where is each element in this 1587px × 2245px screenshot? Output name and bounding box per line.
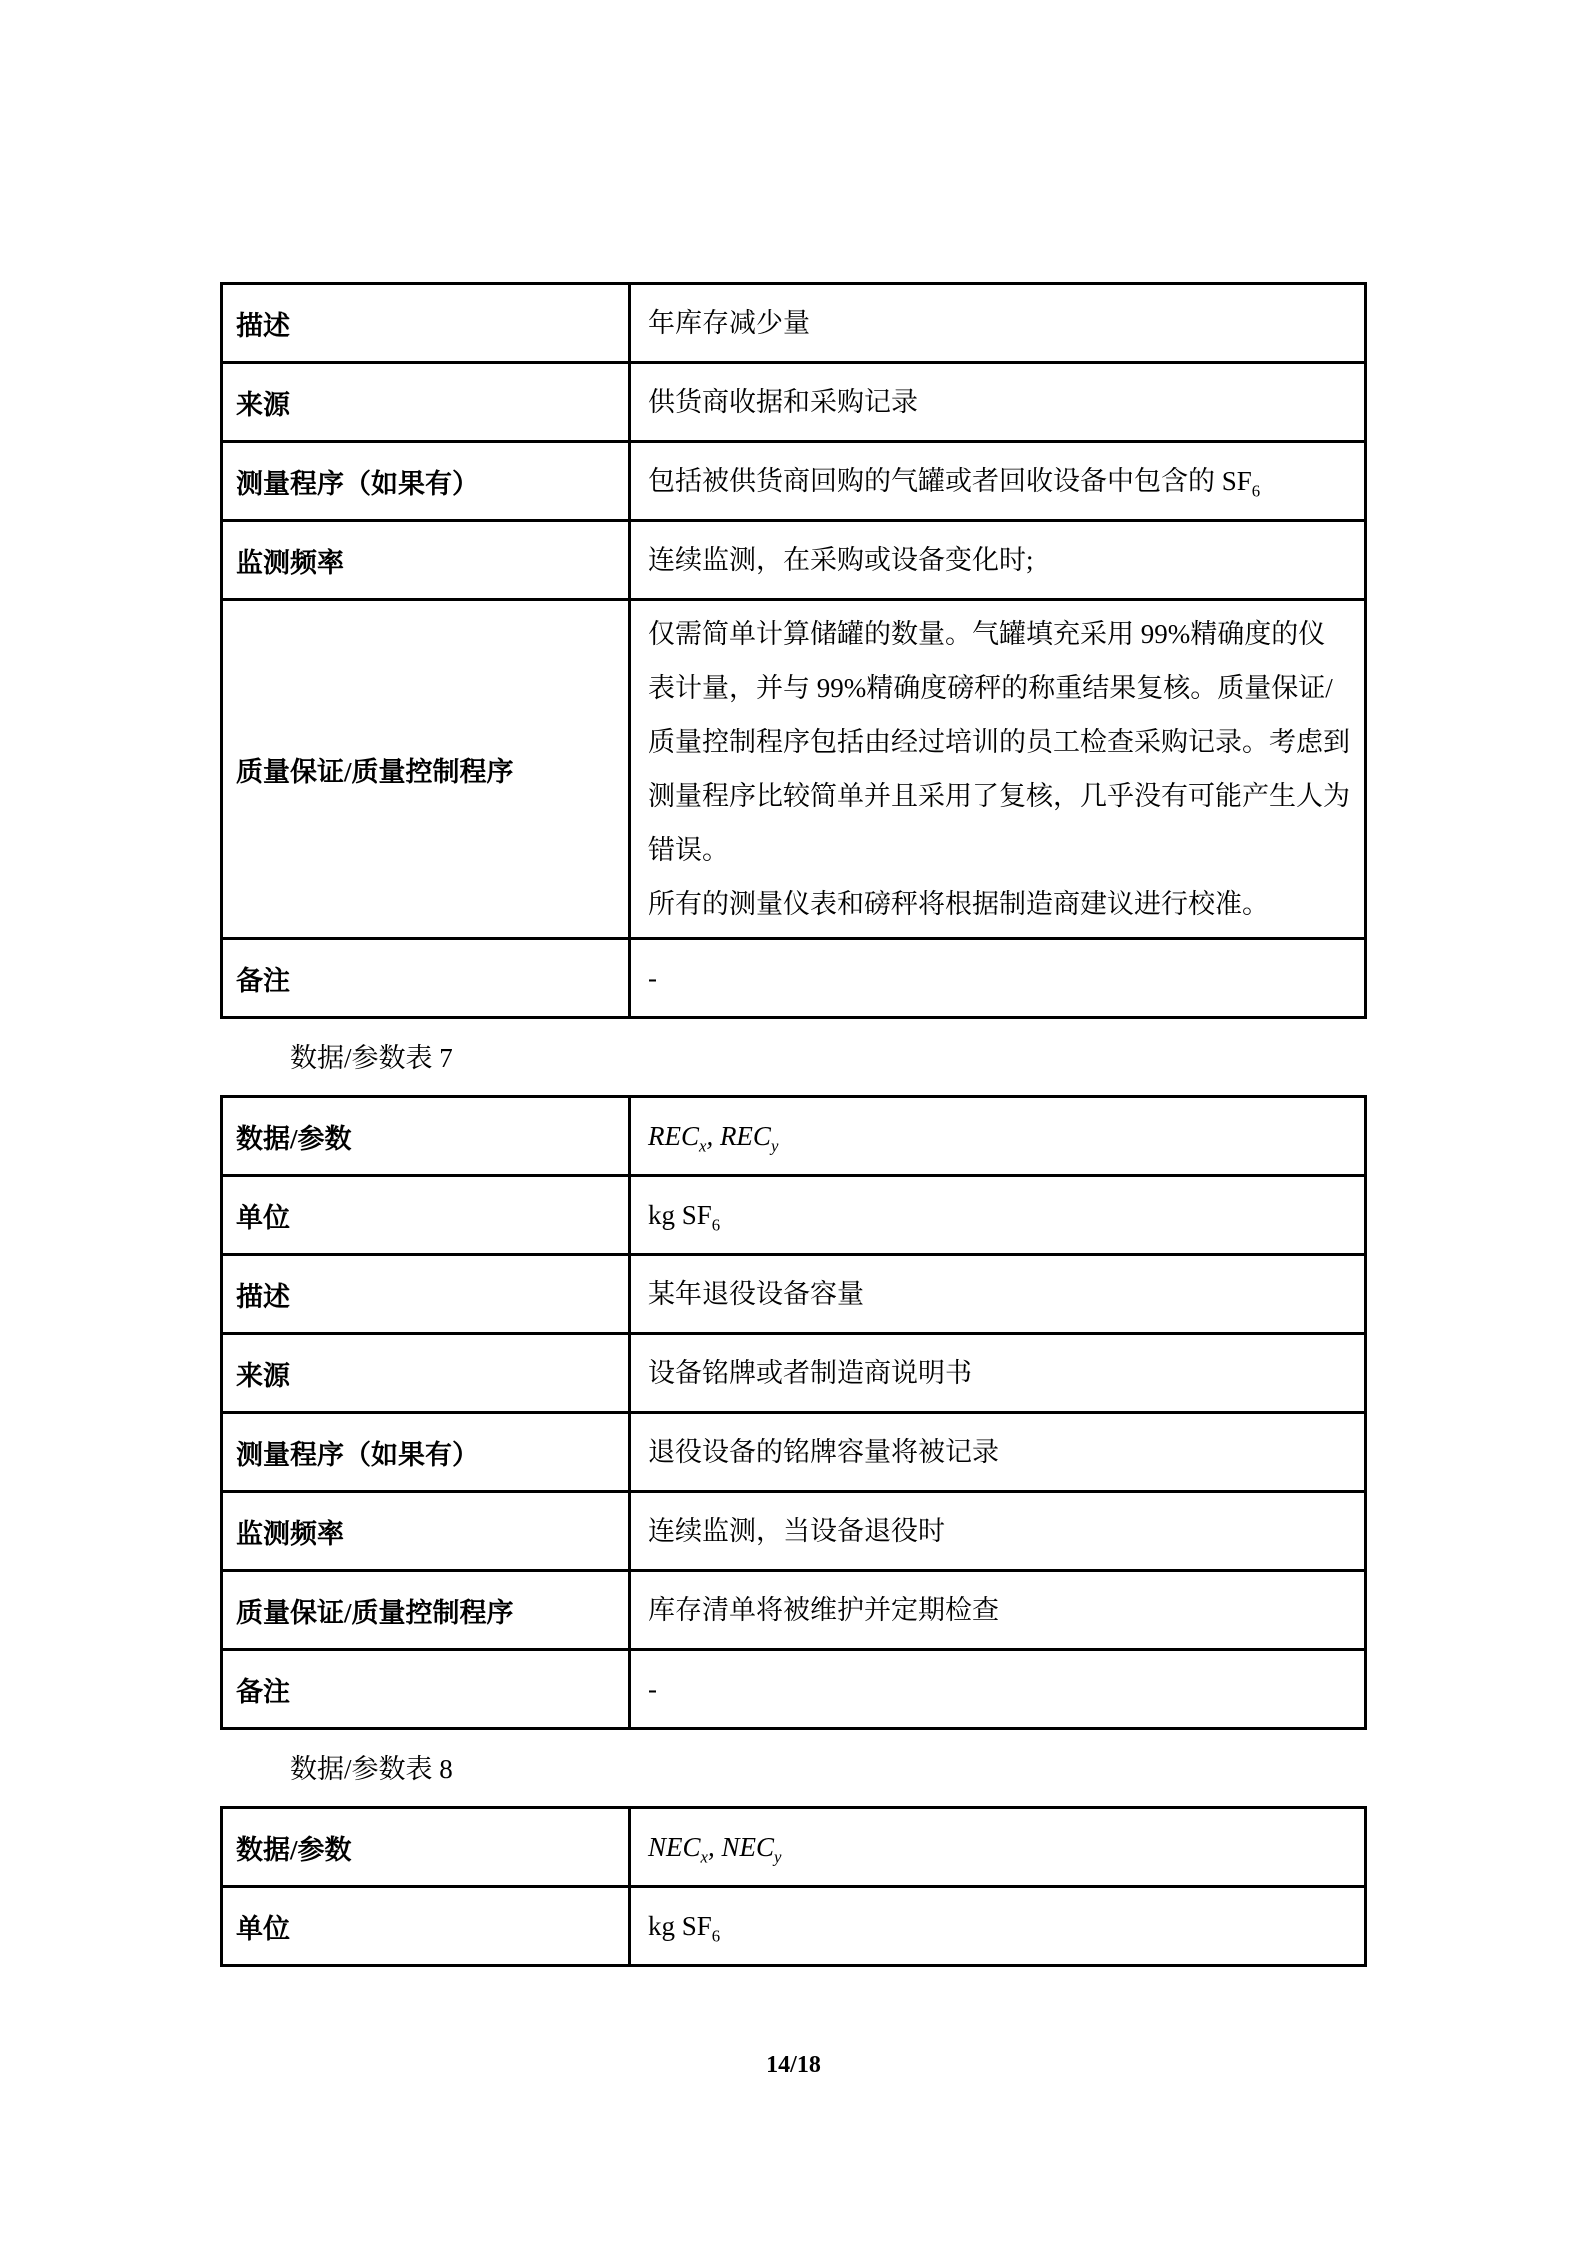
value-text: 某年退役设备容量 [648,1279,864,1309]
row-label: 单位 [222,1887,630,1966]
subscript-text: 6 [1252,481,1260,500]
value-text: 仅需简单计算储罐的数量。气罐填充采用 99%精确度的仪表计量，并与 99%精确度… [648,619,1350,865]
table-row: 质量保证/质量控制程序仅需简单计算储罐的数量。气罐填充采用 99%精确度的仪表计… [222,600,1366,939]
value-text: 退役设备的铭牌容量将被记录 [648,1437,999,1467]
table-row: 监测频率连续监测，当设备退役时 [222,1492,1366,1571]
row-label: 描述 [222,284,630,363]
table-caption: 数据/参数表 7 [290,1040,1367,1076]
value-text: kg SF [648,1200,712,1230]
row-label: 质量保证/质量控制程序 [222,600,630,939]
value-paragraph: kg SF6 [648,1188,1350,1242]
row-value: - [630,939,1366,1018]
row-value: kg SF6 [630,1887,1366,1966]
row-label: 来源 [222,1334,630,1413]
row-value: 连续监测，在采购或设备变化时; [630,521,1366,600]
subscript-text: 6 [712,1215,720,1234]
value-text: REC [720,1121,771,1151]
row-label: 质量保证/质量控制程序 [222,1571,630,1650]
table-row: 测量程序（如果有）包括被供货商回购的气罐或者回收设备中包含的 SF6 [222,442,1366,521]
row-label: 监测频率 [222,1492,630,1571]
page-number: 14/18 [0,2052,1587,2079]
value-paragraph: 年库存减少量 [648,296,1350,350]
row-label: 测量程序（如果有） [222,442,630,521]
table-row: 来源供货商收据和采购记录 [222,363,1366,442]
value-text: 年库存减少量 [648,308,810,338]
table-row: 描述某年退役设备容量 [222,1255,1366,1334]
document-page: 描述年库存减少量来源供货商收据和采购记录测量程序（如果有）包括被供货商回购的气罐… [0,0,1587,2245]
value-paragraph: 设备铭牌或者制造商说明书 [648,1346,1350,1400]
value-text: - [648,1674,657,1704]
table-row: 备注- [222,1650,1366,1729]
value-text: , [706,1121,720,1151]
table-caption: 数据/参数表 8 [290,1751,1367,1787]
value-paragraph: 包括被供货商回购的气罐或者回收设备中包含的 SF6 [648,454,1350,508]
value-paragraph: 某年退役设备容量 [648,1267,1350,1321]
value-paragraph: - [648,1662,1350,1716]
table-row: 测量程序（如果有）退役设备的铭牌容量将被记录 [222,1413,1366,1492]
data-parameter-table-8: 数据/参数NECx, NECy单位kg SF6 [220,1806,1367,1967]
value-paragraph: 退役设备的铭牌容量将被记录 [648,1425,1350,1479]
value-text: 设备铭牌或者制造商说明书 [648,1358,972,1388]
row-value: - [630,1650,1366,1729]
table-row: 单位kg SF6 [222,1887,1366,1966]
row-label: 备注 [222,1650,630,1729]
row-value: 年库存减少量 [630,284,1366,363]
row-value: RECx, RECy [630,1097,1366,1176]
subscript-text: y [771,1136,778,1155]
value-text: 供货商收据和采购记录 [648,387,918,417]
row-label: 监测频率 [222,521,630,600]
value-text: kg SF [648,1911,712,1941]
value-text: 所有的测量仪表和磅秤将根据制造商建议进行校准。 [648,889,1269,919]
row-label: 数据/参数 [222,1097,630,1176]
value-paragraph: 仅需简单计算储罐的数量。气罐填充采用 99%精确度的仪表计量，并与 99%精确度… [648,607,1350,877]
table-row: 描述年库存减少量 [222,284,1366,363]
table-row: 单位kg SF6 [222,1176,1366,1255]
data-parameter-table-6-continued: 描述年库存减少量来源供货商收据和采购记录测量程序（如果有）包括被供货商回购的气罐… [220,282,1367,1019]
subscript-text: y [774,1847,781,1866]
value-text: NEC [721,1832,774,1862]
row-value: 仅需简单计算储罐的数量。气罐填充采用 99%精确度的仪表计量，并与 99%精确度… [630,600,1366,939]
row-value: 连续监测，当设备退役时 [630,1492,1366,1571]
value-text: 连续监测，在采购或设备变化时; [648,545,1034,575]
table-row: 质量保证/质量控制程序库存清单将被维护并定期检查 [222,1571,1366,1650]
row-label: 备注 [222,939,630,1018]
row-value: NECx, NECy [630,1808,1366,1887]
row-value: 供货商收据和采购记录 [630,363,1366,442]
table-row: 数据/参数RECx, RECy [222,1097,1366,1176]
row-value: kg SF6 [630,1176,1366,1255]
row-value: 包括被供货商回购的气罐或者回收设备中包含的 SF6 [630,442,1366,521]
value-paragraph: 所有的测量仪表和磅秤将根据制造商建议进行校准。 [648,877,1350,931]
row-label: 来源 [222,363,630,442]
value-paragraph: RECx, RECy [648,1109,1350,1163]
value-text: 包括被供货商回购的气罐或者回收设备中包含的 SF [648,466,1252,496]
row-value: 退役设备的铭牌容量将被记录 [630,1413,1366,1492]
row-label: 测量程序（如果有） [222,1413,630,1492]
row-label: 单位 [222,1176,630,1255]
subscript-text: 6 [712,1926,720,1945]
value-paragraph: 供货商收据和采购记录 [648,375,1350,429]
row-value: 设备铭牌或者制造商说明书 [630,1334,1366,1413]
table-row: 来源设备铭牌或者制造商说明书 [222,1334,1366,1413]
value-text: , [708,1832,722,1862]
row-value: 库存清单将被维护并定期检查 [630,1571,1366,1650]
value-paragraph: kg SF6 [648,1899,1350,1953]
row-value: 某年退役设备容量 [630,1255,1366,1334]
tables-area: 描述年库存减少量来源供货商收据和采购记录测量程序（如果有）包括被供货商回购的气罐… [220,282,1367,1967]
value-text: 库存清单将被维护并定期检查 [648,1595,999,1625]
row-label: 数据/参数 [222,1808,630,1887]
value-text: 连续监测，当设备退役时 [648,1516,945,1546]
data-parameter-table-7: 数据/参数RECx, RECy单位kg SF6描述某年退役设备容量来源设备铭牌或… [220,1095,1367,1730]
subscript-text: x [701,1847,708,1866]
value-paragraph: NECx, NECy [648,1820,1350,1874]
value-text: NEC [648,1832,701,1862]
value-paragraph: - [648,951,1350,1005]
value-paragraph: 连续监测，当设备退役时 [648,1504,1350,1558]
table-row: 数据/参数NECx, NECy [222,1808,1366,1887]
table-row: 监测频率连续监测，在采购或设备变化时; [222,521,1366,600]
row-label: 描述 [222,1255,630,1334]
value-paragraph: 连续监测，在采购或设备变化时; [648,533,1350,587]
table-row: 备注- [222,939,1366,1018]
value-paragraph: 库存清单将被维护并定期检查 [648,1583,1350,1637]
value-text: - [648,963,657,993]
value-text: REC [648,1121,699,1151]
